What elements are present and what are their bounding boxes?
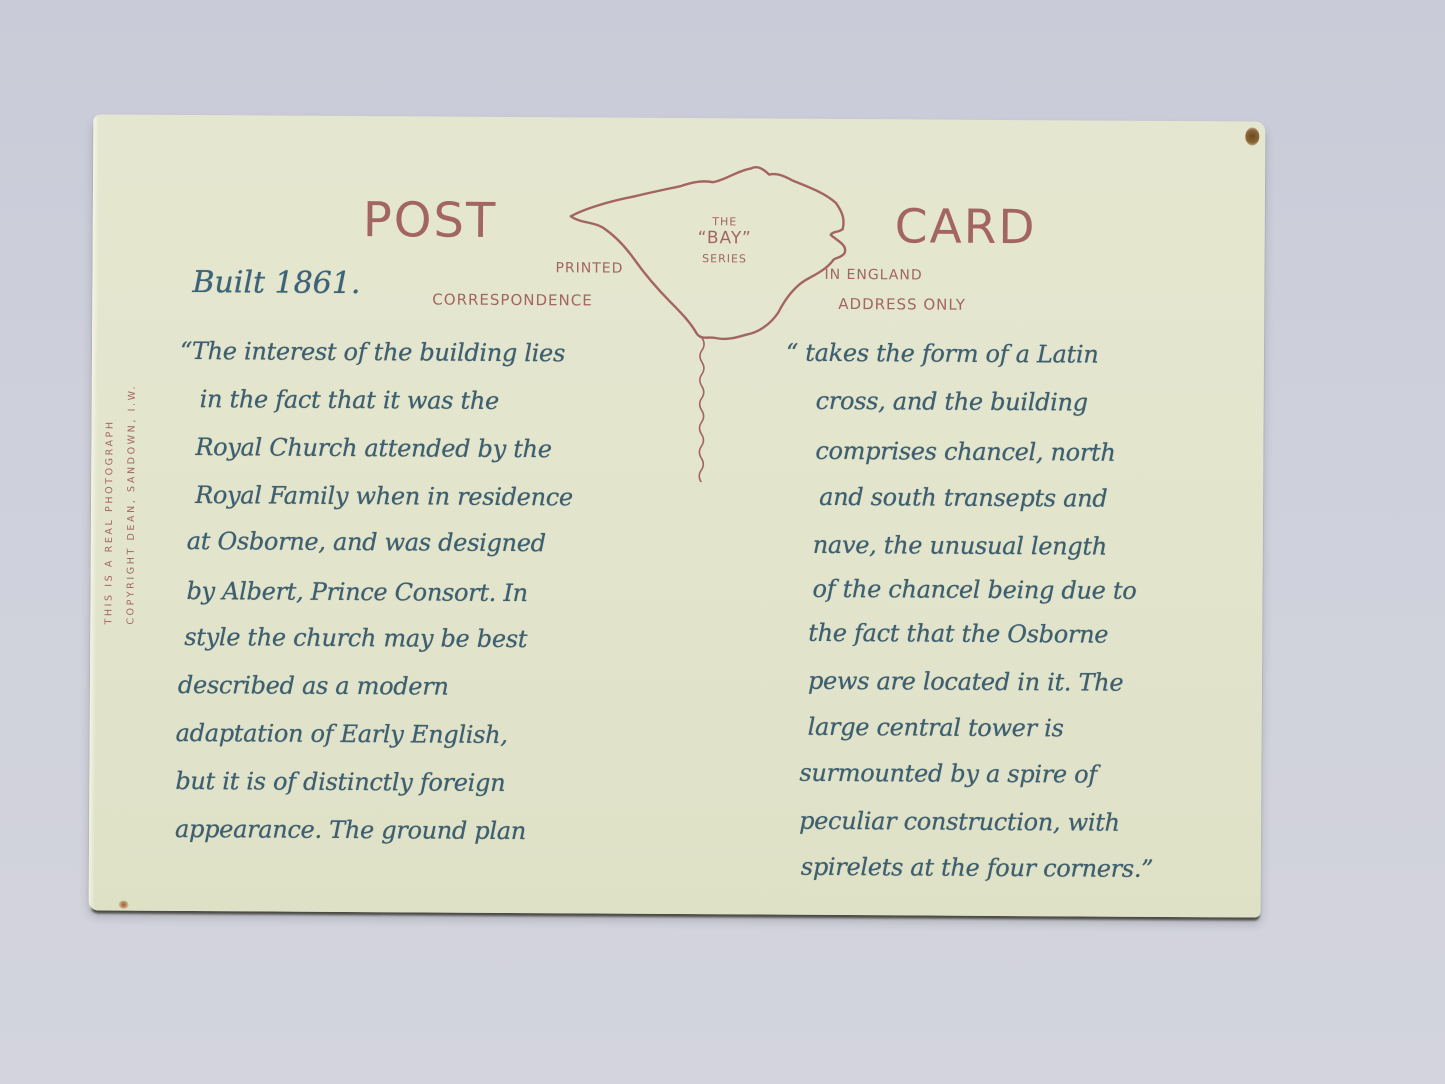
handwritten-line: the fact that the Osborne [808,619,1108,649]
address-only-label: ADDRESS ONLY [838,295,966,314]
handwritten-line: peculiar construction, with [799,807,1120,837]
series-the-label: THE [680,215,770,229]
postcard-back: POST CARD THE “BAY” SERIES PRINTED IN EN… [89,114,1266,917]
series-series-label: SERIES [680,252,770,266]
card-edge-highlight [89,114,100,910]
handwritten-line: in the fact that it was the [200,385,499,415]
handwritten-line: nave, the unusual length [813,531,1107,561]
handwritten-line: at Osborne, and was designed [187,527,546,557]
handwritten-line: “The interest of the building lies [180,337,565,367]
handwritten-line: spirelets at the four corners.” [801,853,1153,883]
handwritten-line: described as a modern [178,671,449,701]
divider-wavy-line [699,338,704,483]
handwritten-line: but it is of distinctly foreign [175,767,505,797]
handwritten-line: Royal Family when in residence [195,481,573,511]
corner-stain [119,901,129,909]
post-heading: POST [363,192,498,249]
side-imprint: THIS IS A REAL PHOTOGRAPH COPYRIGHT DEAN… [98,384,143,625]
handwritten-line: appearance. The ground plan [175,815,526,845]
handwritten-line: style the church may be best [184,623,527,653]
in-england-label: IN ENGLAND [824,267,922,284]
printed-label: PRINTED [555,260,623,276]
handwritten-line: adaptation of Early English, [176,719,508,749]
isle-of-wight-logo-icon [551,161,873,483]
corner-stain [1245,127,1259,145]
handwritten-line: large central tower is [808,713,1064,743]
correspondence-label: CORRESPONDENCE [432,291,593,310]
side-imprint-line-1: THIS IS A REAL PHOTOGRAPH [98,384,121,625]
handwritten-line: pews are located in it. The [808,667,1123,697]
handwritten-line: Royal Church attended by the [195,433,551,463]
handwritten-line: cross, and the building [816,387,1088,417]
card-heading: CARD [895,199,1037,255]
handwritten-line: and south transepts and [819,483,1107,513]
handwritten-line: “ takes the form of a Latin [786,339,1099,369]
side-imprint-line-2: COPYRIGHT DEAN, SANDOWN, I.W. [120,384,143,625]
handwritten-line: comprises chancel, north [815,437,1115,467]
handwritten-date-note: Built 1861. [192,265,360,301]
handwritten-line: surmounted by a spire of [799,759,1097,789]
series-bay-label: “BAY” [680,228,770,249]
handwritten-line: by Albert, Prince Consort. In [186,577,527,607]
handwritten-line: of the chancel being due to [812,575,1136,605]
